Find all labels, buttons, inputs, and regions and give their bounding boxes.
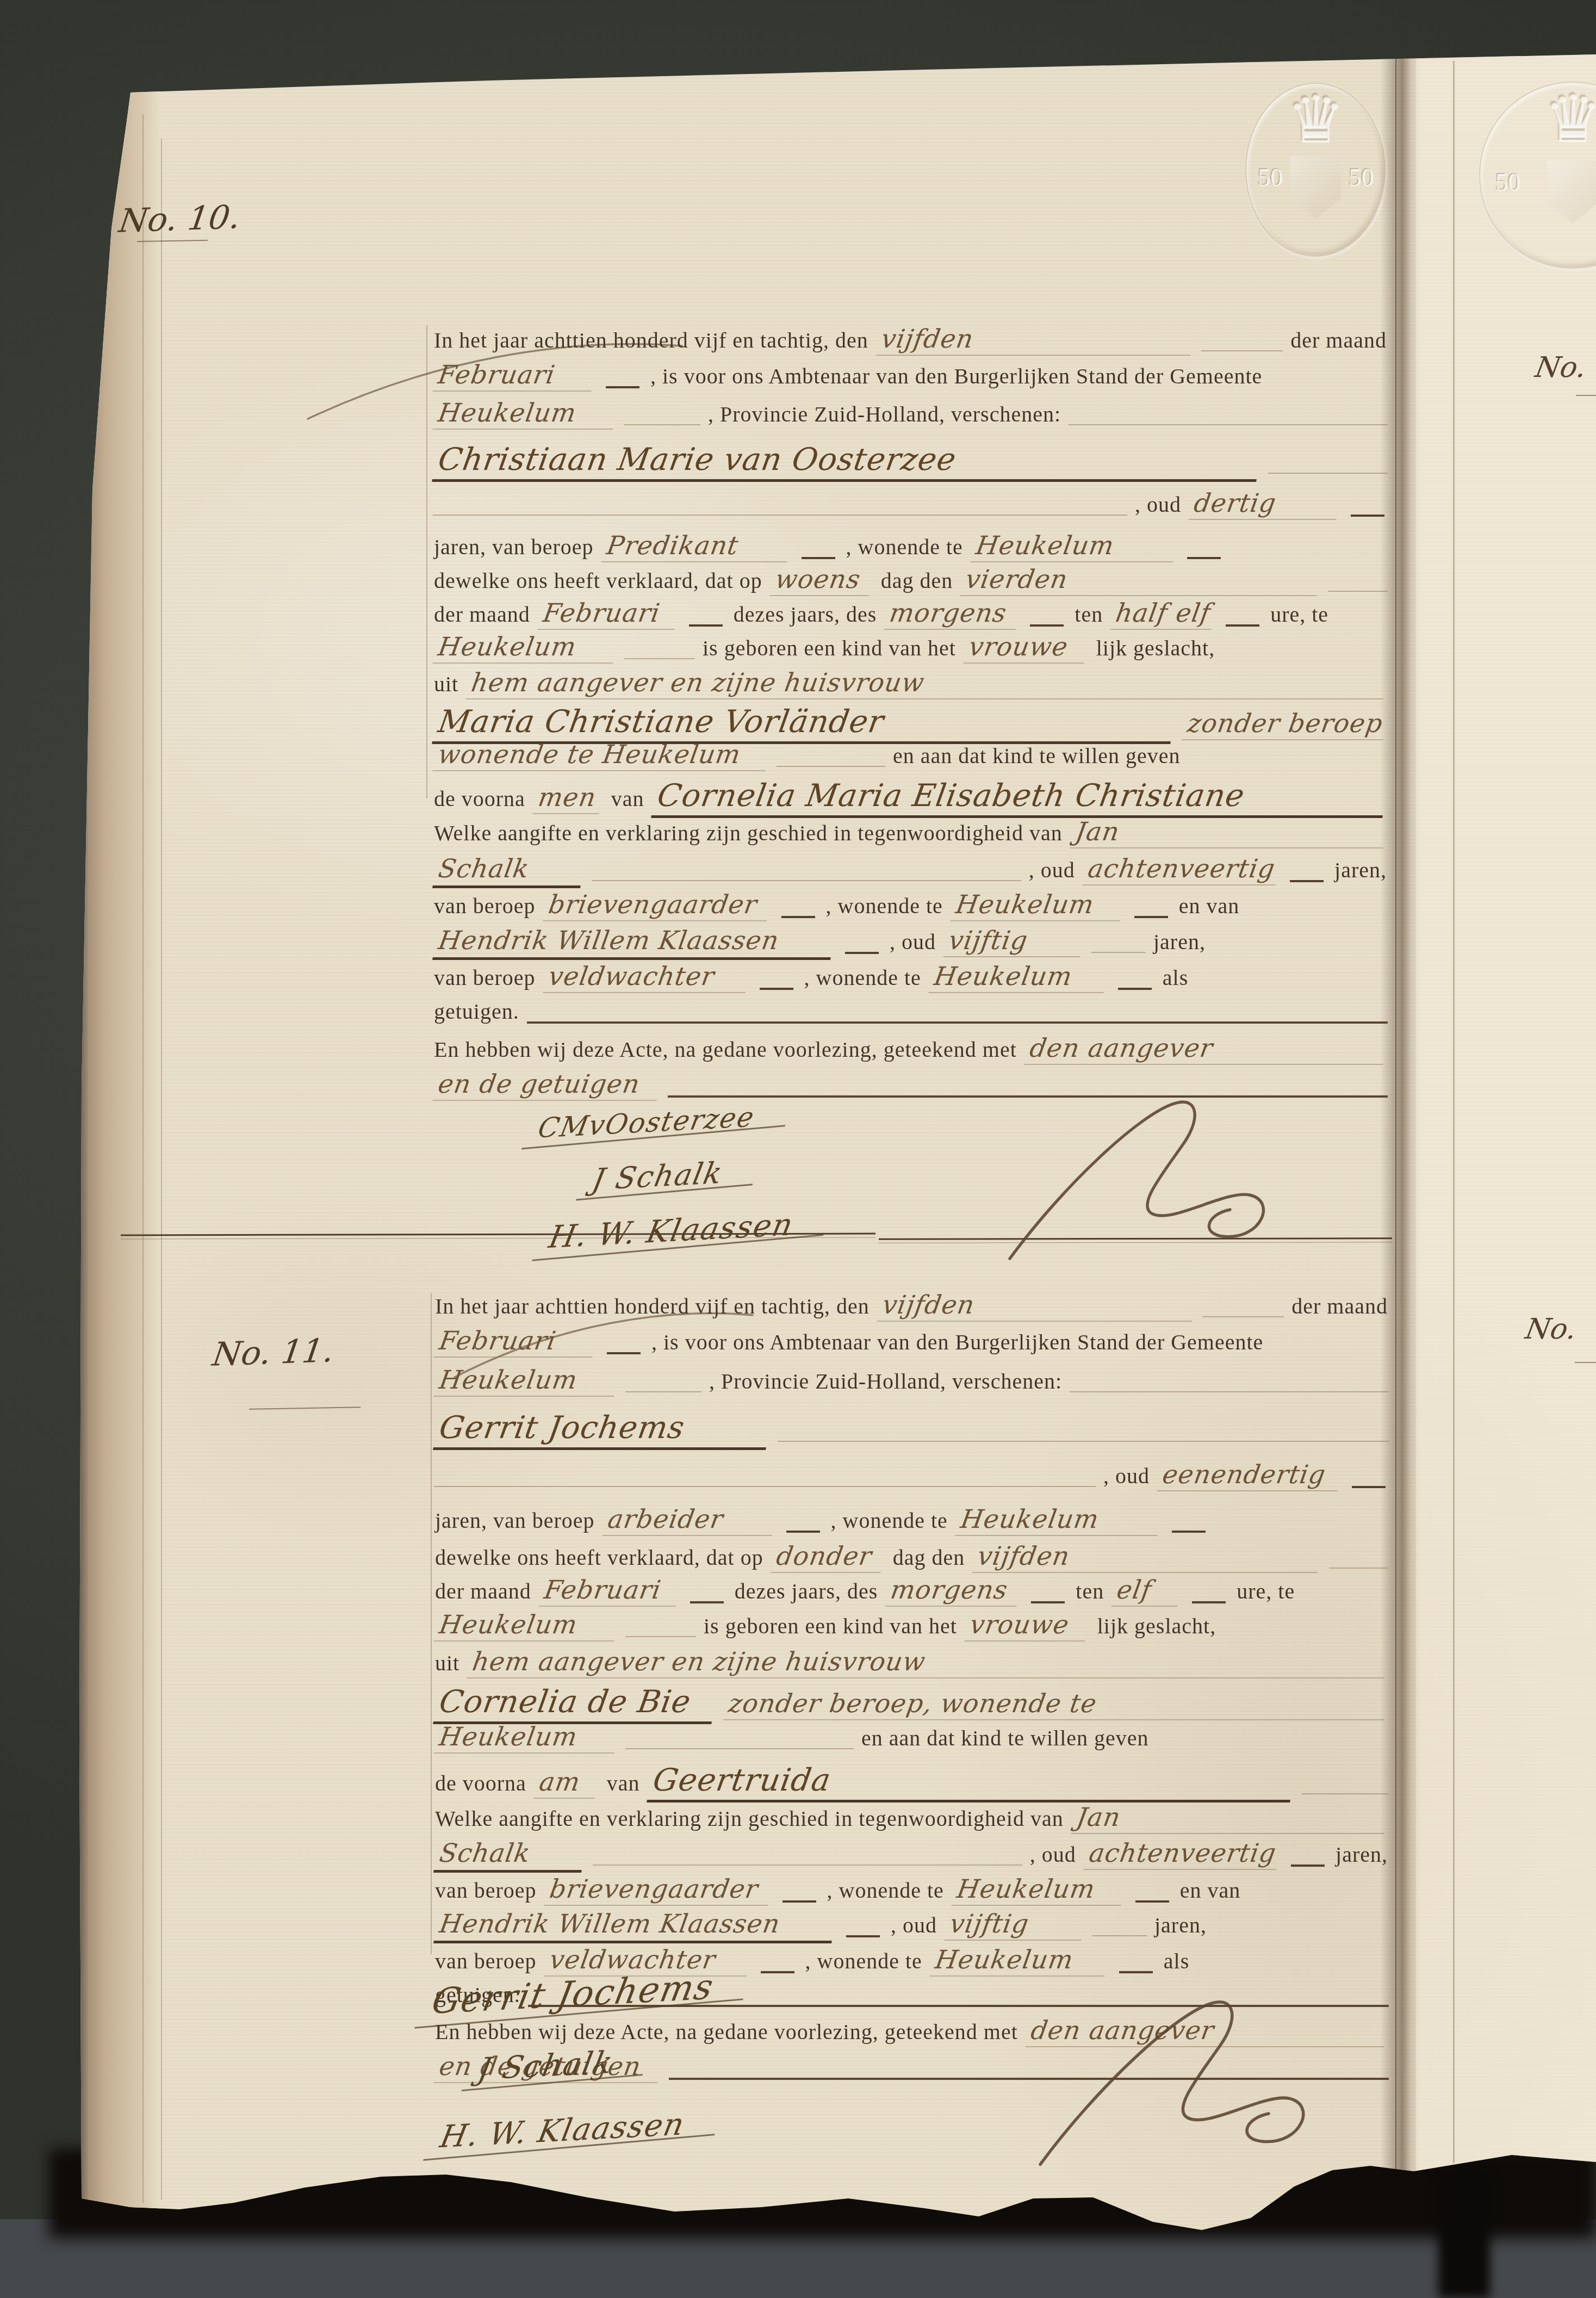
form-line: Hendrik Willem Klaassen​, oudvijftig​jar… bbox=[431, 1909, 1392, 1945]
seal-value: 50 bbox=[1495, 168, 1520, 196]
ink-dash: ​ bbox=[1192, 1591, 1226, 1603]
fill-rule: ​ bbox=[625, 1738, 854, 1749]
registrar-signature-flourish bbox=[1025, 1988, 1330, 2178]
handwritten-text: Cornelia Maria Elisabeth Christiane bbox=[651, 778, 1389, 818]
ink-dash: ​ bbox=[1291, 1855, 1325, 1867]
printed-text: der maand bbox=[1291, 1293, 1388, 1319]
handwritten-text: veldwachter bbox=[543, 962, 750, 993]
form-line: Februari​, is voor ons Ambtenaar van den… bbox=[430, 360, 1391, 398]
printed-text: , oud bbox=[1029, 857, 1075, 883]
printed-text: van beroep bbox=[434, 893, 536, 919]
signature-block: Gerrit Jochems J Schalk H. W. Klaassen bbox=[419, 1974, 990, 2186]
fill-rule: ​ bbox=[433, 505, 1127, 516]
handwritten-text: vijfden bbox=[875, 324, 1195, 356]
fill-rule: ​ bbox=[778, 1431, 1389, 1442]
form-line: Heukelum​is geboren een kind van hetvrou… bbox=[431, 1610, 1392, 1647]
printed-text: lijk geslacht, bbox=[1097, 1613, 1216, 1639]
handwritten-text: Gerrit Jochems bbox=[433, 1410, 772, 1450]
fill-rule: ​ bbox=[1268, 463, 1388, 474]
handwritten-text: Februari bbox=[537, 598, 679, 630]
handwritten-text: Heukelum bbox=[433, 1365, 619, 1397]
handwritten-text: elf bbox=[1111, 1575, 1183, 1607]
stacked-page-edges bbox=[79, 82, 161, 2211]
printed-text: en van bbox=[1179, 893, 1240, 919]
ink-dash: ​ bbox=[1226, 615, 1259, 627]
handwritten-text: morgens bbox=[885, 1575, 1022, 1607]
form-line: Februari​, is voor ons Ambtenaar van den… bbox=[431, 1326, 1392, 1365]
ink-dash: ​ bbox=[1134, 906, 1168, 918]
fill-rule: ​ bbox=[624, 414, 700, 425]
printed-text: de voorna bbox=[434, 786, 525, 812]
fill-rule: ​ bbox=[1091, 942, 1146, 953]
handwritten-text: eenendertig bbox=[1157, 1460, 1342, 1491]
handwritten-text: Jan bbox=[1070, 817, 1388, 848]
handwritten-text: vijftig bbox=[944, 1909, 1086, 1941]
form-line: Schalk​, oudachtenveertig​jaren, bbox=[430, 854, 1391, 890]
fill-rule: ​ bbox=[777, 756, 885, 767]
printed-text: , oud bbox=[1103, 1463, 1150, 1489]
gutter-shadow-bottom bbox=[1438, 2170, 1490, 2298]
signature: H. W. Klaassen bbox=[437, 2107, 688, 2155]
fill-rule: ​ bbox=[593, 1855, 1022, 1866]
handwritten-text: achtenveertig bbox=[1083, 1838, 1281, 1870]
printed-text: van beroep bbox=[435, 1878, 537, 1903]
printed-text: , is voor ons Ambtenaar van den Burgerli… bbox=[651, 1329, 1263, 1355]
form-line: jaren, van beroepPredikant​, wonende teH… bbox=[430, 531, 1391, 565]
seal-value: 50 bbox=[1257, 163, 1282, 191]
printed-text: jaren, bbox=[1334, 857, 1387, 883]
handwritten-text: Predikant bbox=[601, 531, 792, 562]
ink-dash: ​ bbox=[690, 1591, 724, 1603]
form-line: wonende te Heukelum​en aan dat kind te w… bbox=[430, 740, 1391, 778]
handwritten-text: Schalk bbox=[433, 1838, 587, 1873]
fill-rule: ​ bbox=[1328, 581, 1388, 592]
crown-icon: ♛ bbox=[1543, 86, 1596, 152]
ink-dash: ​ bbox=[1118, 978, 1152, 990]
printed-text: ure, te bbox=[1237, 1578, 1295, 1604]
form-line: ​, ouddertig​ bbox=[430, 488, 1391, 531]
form-line: getuigen.​ bbox=[430, 999, 1391, 1033]
handwritten-text: men bbox=[532, 783, 604, 814]
printed-text: , wonende te bbox=[805, 1948, 922, 1974]
printed-text: , Provincie Zuid-Holland, verschenen: bbox=[708, 401, 1061, 427]
form-line: ​, oudeenendertig​ bbox=[431, 1460, 1392, 1504]
printed-text: is geboren een kind van het bbox=[704, 1613, 957, 1639]
handwritten-text: vijfden bbox=[877, 1290, 1196, 1322]
form-line: In het jaar achttien honderd vijf en tac… bbox=[430, 324, 1391, 360]
printed-text: jaren, bbox=[1336, 1842, 1388, 1867]
printed-text: , wonende te bbox=[804, 965, 921, 990]
printed-text: als bbox=[1164, 1948, 1189, 1974]
ink-dash: ​ bbox=[760, 978, 793, 990]
form-line: de voornamenvanCornelia Maria Elisabeth … bbox=[430, 778, 1391, 817]
ink-dash: ​ bbox=[1187, 547, 1221, 559]
handwritten-text: dertig bbox=[1188, 488, 1341, 520]
handwritten-text: Februari bbox=[432, 360, 596, 392]
printed-text: , is voor ons Ambtenaar van den Burgerli… bbox=[650, 363, 1262, 389]
signature-block: CMvOosterzee J Schalk H. W. Klaassen bbox=[511, 1107, 1011, 1259]
printed-text: jaren, bbox=[1154, 1912, 1207, 1938]
next-page-number-line bbox=[1575, 1362, 1596, 1363]
ink-dash: ​ bbox=[607, 1342, 641, 1354]
printed-text: en aan dat kind te willen geven bbox=[893, 743, 1181, 769]
printed-text: , oud bbox=[891, 1912, 937, 1938]
printed-text: dewelke ons heeft verklaard, dat op bbox=[435, 1545, 763, 1570]
printed-text: jaren, bbox=[1153, 929, 1206, 955]
form-line: Heukelum​, Provincie Zuid-Holland, versc… bbox=[431, 1365, 1392, 1410]
signature: H. W. Klaassen bbox=[546, 1207, 797, 1255]
printed-text: , wonende te bbox=[826, 893, 943, 919]
form-line: van beroepbrievengaarder​, wonende teHeu… bbox=[430, 890, 1391, 926]
handwritten-text: hem aangever en zijne huisvrouw bbox=[467, 1647, 1389, 1678]
handwritten-text: hem aangever en zijne huisvrouw bbox=[466, 668, 1388, 699]
form-line: dewelke ons heeft verklaard, dat opwoens… bbox=[430, 565, 1391, 598]
handwritten-text: am bbox=[533, 1767, 599, 1799]
ink-dash: ​ bbox=[781, 906, 815, 918]
fill-rule: ​ bbox=[1201, 340, 1283, 351]
form-line: Christiaan Marie van Oosterzee​ bbox=[430, 442, 1391, 488]
ink-dash: ​ bbox=[1172, 1521, 1206, 1533]
printed-text: dag den bbox=[881, 568, 953, 593]
form-line: Gerrit Jochems​ bbox=[431, 1410, 1392, 1460]
ink-dash: ​ bbox=[1031, 1591, 1065, 1603]
printed-text: In het jaar achttien honderd vijf en tac… bbox=[434, 327, 868, 353]
paper-sheet: ♛ 50 50 ♛ 50 No. 10. No. 11. No. No. In … bbox=[0, 0, 1596, 2298]
form-line: uithem aangever en zijne huisvrouw bbox=[431, 1647, 1392, 1684]
handwritten-text: vrouwe bbox=[964, 1610, 1090, 1642]
printed-text: ten bbox=[1076, 1578, 1104, 1604]
fill-rule: ​ bbox=[1202, 1306, 1284, 1317]
printed-text: jaren, van beroep bbox=[435, 1508, 595, 1533]
handwritten-text: donder bbox=[771, 1541, 885, 1573]
form-line: Welke aangifte en verklaring zijn geschi… bbox=[431, 1803, 1392, 1838]
handwritten-text: Heukelum bbox=[955, 1504, 1162, 1536]
next-page-number-line bbox=[1576, 395, 1596, 396]
printed-text: dezes jaars, des bbox=[735, 1578, 878, 1604]
handwritten-text: woens bbox=[769, 565, 873, 596]
fill-rule: ​ bbox=[1069, 414, 1388, 425]
printed-text: getuigen. bbox=[434, 999, 519, 1024]
birth-act-11: In het jaar achttien honderd vijf en tac… bbox=[431, 1290, 1392, 2085]
handwritten-text: Cornelia de Bie bbox=[433, 1684, 718, 1724]
printed-text: ten bbox=[1075, 602, 1103, 627]
ink-dash: ​ bbox=[689, 615, 723, 627]
fill-rule: ​ bbox=[1329, 1558, 1389, 1569]
handwritten-text: Christiaan Marie van Oosterzee bbox=[432, 442, 1263, 482]
printed-text: jaren, van beroep bbox=[434, 534, 594, 560]
printed-text: uit bbox=[434, 671, 458, 697]
form-line: der maandFebruari​dezes jaars, desmorgen… bbox=[431, 1575, 1392, 1610]
handwritten-text: Maria Christiane Vorländer bbox=[432, 704, 1177, 744]
coat-of-arms-shield bbox=[1548, 160, 1596, 224]
handwritten-text: Jan bbox=[1071, 1803, 1389, 1834]
handwritten-text: Schalk bbox=[432, 854, 586, 888]
handwritten-text: zonder beroep, wonende te bbox=[723, 1689, 1389, 1720]
fill-rule: ​ bbox=[624, 648, 695, 659]
handwritten-text: vijfden bbox=[972, 1541, 1323, 1573]
form-line: Heukelum​en aan dat kind te willen geven bbox=[431, 1722, 1392, 1762]
crown-icon: ♛ bbox=[1286, 87, 1345, 152]
printed-text: is geboren een kind van het bbox=[703, 635, 956, 661]
scan-photograph: { "scan": { "seal": { "value": "50" }, "… bbox=[0, 0, 1596, 2298]
sheet-edge-line bbox=[142, 114, 144, 2203]
ink-dash: ​ bbox=[606, 376, 639, 388]
handwritten-text: brievengaarder bbox=[543, 890, 772, 921]
handwritten-text: wonende te Heukelum bbox=[432, 740, 770, 771]
gutter-crease-line bbox=[1395, 54, 1396, 2170]
printed-text: van bbox=[607, 1770, 640, 1796]
signature: Gerrit Jochems bbox=[429, 1967, 717, 2022]
form-line: jaren, van beroeparbeider​, wonende teHe… bbox=[431, 1504, 1392, 1541]
form-line: uithem aangever en zijne huisvrouw bbox=[430, 668, 1391, 704]
ink-dash: ​ bbox=[1119, 1961, 1153, 1973]
printed-text: , oud bbox=[1135, 492, 1181, 517]
ink-dash: ​ bbox=[845, 942, 879, 954]
printed-text: , oud bbox=[1030, 1842, 1076, 1867]
handwritten-text: Heukelum bbox=[970, 531, 1177, 562]
printed-text: der maand bbox=[434, 602, 530, 627]
fill-rule: ​ bbox=[1070, 1382, 1389, 1392]
handwritten-text: Geertruida bbox=[647, 1762, 1296, 1803]
handwritten-text: vierden bbox=[960, 565, 1322, 596]
ink-dash: ​ bbox=[786, 1521, 820, 1533]
handwritten-text: half elf bbox=[1110, 598, 1216, 630]
handwritten-text: Heukelum bbox=[951, 1874, 1126, 1906]
form-line: van beroepveldwachter​, wonende teHeukel… bbox=[430, 962, 1391, 999]
embossed-revenue-seal: ♛ 50 50 bbox=[1245, 83, 1386, 257]
printed-text: ure, te bbox=[1270, 602, 1328, 627]
form-line: In het jaar achttien honderd vijf en tac… bbox=[431, 1290, 1392, 1326]
printed-text: en aan dat kind te willen geven bbox=[861, 1725, 1149, 1751]
coat-of-arms-shield bbox=[1290, 156, 1340, 219]
signature: J Schalk bbox=[589, 1155, 726, 1197]
registrar-signature-flourish bbox=[995, 1088, 1289, 1273]
fill-rule: ​ bbox=[434, 1476, 1096, 1487]
printed-text: dag den bbox=[893, 1545, 965, 1570]
handwritten-text: den aangever bbox=[1024, 1033, 1388, 1065]
printed-text: der maand bbox=[1290, 327, 1387, 353]
printed-text: Welke aangifte en verklaring zijn geschi… bbox=[435, 1806, 1064, 1831]
margin-act-number: No. 10. bbox=[116, 198, 243, 240]
handwritten-text: vrouwe bbox=[963, 632, 1089, 664]
printed-text: , wonende te bbox=[827, 1878, 944, 1903]
handwritten-text: Heukelum bbox=[433, 1610, 619, 1642]
form-line: Heukelum​, Provincie Zuid-Holland, versc… bbox=[430, 398, 1391, 442]
printed-text: , wonende te bbox=[831, 1508, 948, 1533]
handwritten-text: Februari bbox=[433, 1326, 597, 1358]
form-line: der maandFebruari​dezes jaars, desmorgen… bbox=[430, 598, 1391, 632]
handwritten-text: arbeider bbox=[602, 1504, 777, 1536]
handwritten-text: Heukelum bbox=[929, 1945, 1109, 1977]
ink-dash: ​ bbox=[1030, 615, 1064, 627]
fill-rule: ​ bbox=[1092, 1925, 1147, 1936]
form-line: Heukelum​is geboren een kind van hetvrou… bbox=[430, 632, 1391, 668]
signature: J Schalk bbox=[475, 2045, 617, 2088]
handwritten-text: zonder beroep bbox=[1182, 709, 1388, 740]
ink-dash: ​ bbox=[1352, 1476, 1386, 1488]
printed-text: en van bbox=[1180, 1878, 1241, 1903]
printed-text: dezes jaars, des bbox=[734, 602, 877, 627]
ink-dash: ​ bbox=[1351, 505, 1384, 517]
signature: CMvOosterzee bbox=[536, 1101, 757, 1144]
handwritten-text: Februari bbox=[538, 1575, 680, 1607]
handwritten-text: brievengaarder bbox=[544, 1874, 773, 1906]
form-line: Schalk​, oudachtenveertig​jaren, bbox=[431, 1838, 1392, 1874]
seal-value: 50 bbox=[1349, 163, 1374, 191]
printed-text: Welke aangifte en verklaring zijn geschi… bbox=[434, 820, 1063, 846]
form-line: dewelke ons heeft verklaard, dat opdonde… bbox=[431, 1541, 1392, 1575]
printed-text: van beroep bbox=[435, 1948, 537, 1974]
handwritten-text: Heukelum bbox=[950, 890, 1125, 921]
form-line: Hendrik Willem Klaassen​, oudvijftig​jar… bbox=[430, 926, 1391, 962]
form-line: Cornelia de Biezonder beroep, wonende te bbox=[431, 1684, 1392, 1722]
birth-act-10: In het jaar achttien honderd vijf en tac… bbox=[430, 324, 1391, 1104]
next-page-act-number: No. bbox=[1533, 351, 1589, 384]
ink-dash: ​ bbox=[1290, 870, 1324, 882]
printed-text: uit bbox=[435, 1650, 459, 1676]
form-line: Maria Christiane Vorländerzonder beroep bbox=[430, 704, 1391, 740]
form-line: de voornaamvanGeertruida​ bbox=[431, 1762, 1392, 1803]
next-page-act-number: No. bbox=[1523, 1313, 1579, 1346]
drawn-rule: ​ bbox=[527, 1012, 1388, 1024]
next-page-fold-line bbox=[1453, 61, 1455, 2163]
ink-dash: ​ bbox=[802, 547, 835, 559]
handwritten-text: morgens bbox=[884, 598, 1021, 630]
fill-rule: ​ bbox=[1302, 1783, 1389, 1794]
ink-dash: ​ bbox=[761, 1961, 794, 1973]
printed-text: der maand bbox=[435, 1578, 531, 1604]
printed-text: En hebben wij deze Acte, na gedane voorl… bbox=[434, 1037, 1017, 1062]
handwritten-text: Hendrik Willem Klaassen bbox=[432, 926, 836, 960]
handwritten-text: Heukelum bbox=[432, 632, 618, 664]
printed-text: van bbox=[611, 786, 644, 812]
printed-text: van beroep bbox=[434, 965, 536, 990]
printed-text: lijk geslacht, bbox=[1096, 635, 1215, 661]
fill-rule: ​ bbox=[625, 1382, 701, 1392]
handwritten-text: vijftig bbox=[943, 926, 1085, 957]
form-line: van beroepbrievengaarder​, wonende teHeu… bbox=[431, 1874, 1392, 1909]
printed-text: , Provincie Zuid-Holland, verschenen: bbox=[709, 1368, 1062, 1394]
handwritten-text: Heukelum bbox=[928, 962, 1108, 993]
fill-rule: ​ bbox=[625, 1626, 696, 1637]
printed-text: als bbox=[1163, 965, 1188, 990]
form-line: En hebben wij deze Acte, na gedane voorl… bbox=[430, 1033, 1391, 1069]
fill-rule: ​ bbox=[592, 870, 1021, 881]
handwritten-text: en de getuigen bbox=[432, 1069, 661, 1101]
handwritten-text: Heukelum bbox=[433, 1722, 619, 1754]
printed-text: dewelke ons heeft verklaard, dat op bbox=[434, 568, 762, 593]
margin-act-number: No. 11. bbox=[210, 1331, 336, 1374]
printed-text: In het jaar achttien honderd vijf en tac… bbox=[435, 1293, 870, 1319]
handwritten-text: achtenveertig bbox=[1082, 854, 1280, 885]
printed-text: , oud bbox=[890, 929, 936, 955]
printed-text: , wonende te bbox=[846, 534, 963, 560]
ink-dash: ​ bbox=[1135, 1891, 1169, 1903]
form-line: Welke aangifte en verklaring zijn geschi… bbox=[430, 817, 1391, 854]
handwritten-text: Hendrik Willem Klaassen bbox=[433, 1909, 837, 1943]
ink-dash: ​ bbox=[783, 1891, 816, 1903]
handwritten-text: Heukelum bbox=[432, 398, 618, 430]
ink-dash: ​ bbox=[846, 1925, 880, 1937]
sheet-edge-line bbox=[161, 139, 162, 2200]
printed-text: de voorna bbox=[435, 1770, 526, 1796]
